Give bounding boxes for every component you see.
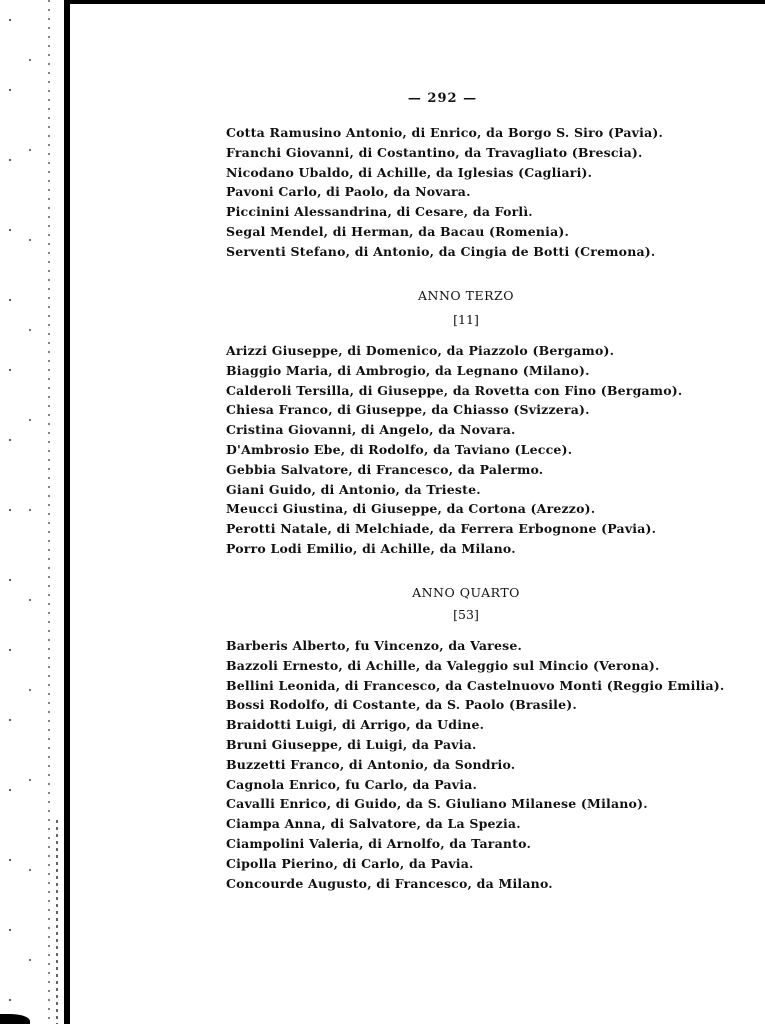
list-item: Cotta Ramusino Antonio, di Enrico, da Bo… bbox=[226, 123, 663, 143]
list-item: Calderoli Tersilla, di Giuseppe, da Rove… bbox=[226, 381, 682, 401]
list-item: Meucci Giustina, di Giuseppe, da Cortona… bbox=[226, 499, 682, 519]
anno-terzo-list: Arizzi Giuseppe, di Domenico, da Piazzol… bbox=[226, 341, 682, 559]
page-left-edge bbox=[64, 0, 70, 1024]
list-item: Nicodano Ubaldo, di Achille, da Iglesias… bbox=[226, 163, 663, 183]
list-item: Ciampa Anna, di Salvatore, da La Spezia. bbox=[226, 814, 724, 834]
list-item: Cavalli Enrico, di Guido, da S. Giuliano… bbox=[226, 794, 724, 814]
list-item: Piccinini Alessandrina, di Cesare, da Fo… bbox=[226, 202, 663, 222]
scan-artifact bbox=[0, 1014, 30, 1024]
list-item: Barberis Alberto, fu Vincenzo, da Varese… bbox=[226, 636, 724, 656]
list-item: D'Ambrosio Ebe, di Rodolfo, da Taviano (… bbox=[226, 440, 682, 460]
section-heading-anno-terzo: ANNO TERZO bbox=[226, 288, 706, 303]
list-item: Giani Guido, di Antonio, da Trieste. bbox=[226, 480, 682, 500]
list-item: Segal Mendel, di Herman, da Bacau (Romen… bbox=[226, 222, 663, 242]
list-item: Cipolla Pierino, di Carlo, da Pavia. bbox=[226, 854, 724, 874]
list-item: Ciampolini Valeria, di Arnolfo, da Taran… bbox=[226, 834, 724, 854]
section-count-anno-quarto: [53] bbox=[226, 607, 706, 622]
list-item: Gebbia Salvatore, di Francesco, da Paler… bbox=[226, 460, 682, 480]
scan-noise bbox=[56, 820, 58, 1024]
list-item: Biaggio Maria, di Ambrogio, da Legnano (… bbox=[226, 361, 682, 381]
list-item: Bellini Leonida, di Francesco, da Castel… bbox=[226, 676, 724, 696]
section-count-anno-terzo: [11] bbox=[226, 312, 706, 327]
list-item: Arizzi Giuseppe, di Domenico, da Piazzol… bbox=[226, 341, 682, 361]
scanned-page-margin bbox=[0, 0, 64, 1024]
scan-noise bbox=[48, 0, 50, 1024]
list-item: Bazzoli Ernesto, di Achille, da Valeggio… bbox=[226, 656, 724, 676]
list-item: Franchi Giovanni, di Costantino, da Trav… bbox=[226, 143, 663, 163]
list-item: Concourde Augusto, di Francesco, da Mila… bbox=[226, 874, 724, 894]
list-item: Bossi Rodolfo, di Costante, da S. Paolo … bbox=[226, 695, 724, 715]
continued-entries-list: Cotta Ramusino Antonio, di Enrico, da Bo… bbox=[226, 123, 663, 262]
list-item: Chiesa Franco, di Giuseppe, da Chiasso (… bbox=[226, 400, 682, 420]
page-number: — 292 — bbox=[0, 91, 765, 106]
list-item: Cagnola Enrico, fu Carlo, da Pavia. bbox=[226, 775, 724, 795]
section-heading-anno-quarto: ANNO QUARTO bbox=[226, 585, 706, 600]
list-item: Bruni Giuseppe, di Luigi, da Pavia. bbox=[226, 735, 724, 755]
list-item: Cristina Giovanni, di Angelo, da Novara. bbox=[226, 420, 682, 440]
list-item: Perotti Natale, di Melchiade, da Ferrera… bbox=[226, 519, 682, 539]
list-item: Serventi Stefano, di Antonio, da Cingia … bbox=[226, 242, 663, 262]
anno-quarto-list: Barberis Alberto, fu Vincenzo, da Varese… bbox=[226, 636, 724, 893]
list-item: Buzzetti Franco, di Antonio, da Sondrio. bbox=[226, 755, 724, 775]
list-item: Porro Lodi Emilio, di Achille, da Milano… bbox=[226, 539, 682, 559]
page-top-edge bbox=[64, 0, 765, 4]
list-item: Braidotti Luigi, di Arrigo, da Udine. bbox=[226, 715, 724, 735]
list-item: Pavoni Carlo, di Paolo, da Novara. bbox=[226, 182, 663, 202]
